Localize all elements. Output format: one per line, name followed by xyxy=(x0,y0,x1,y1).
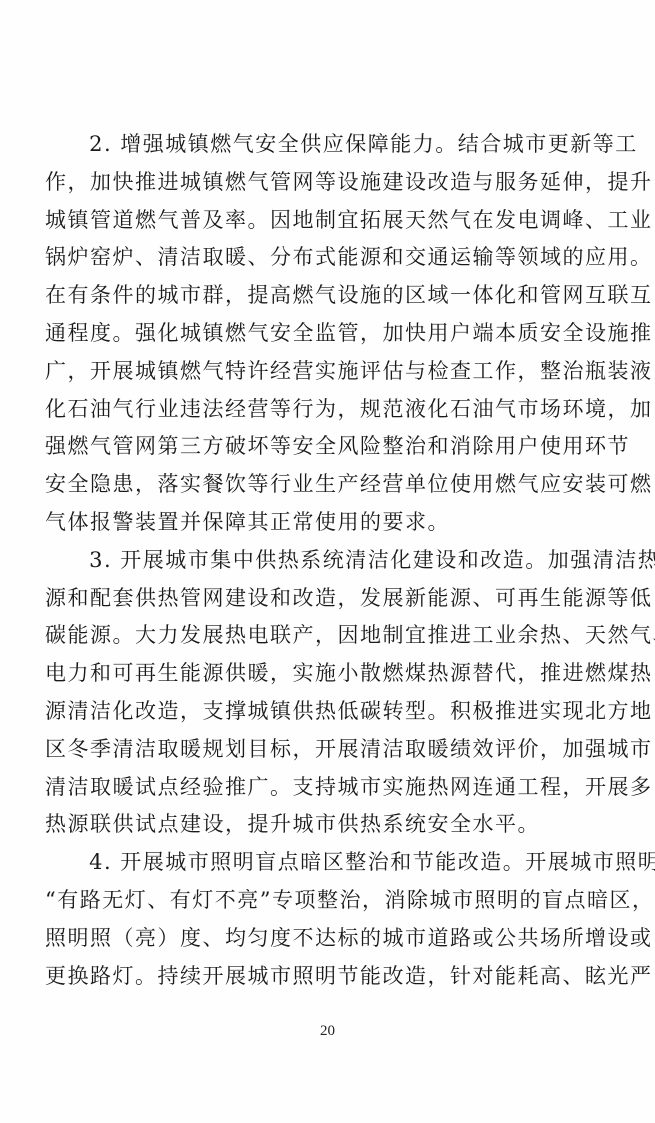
text-line: 作，加快推进城镇燃气管网等设施建设改造与服务延伸，提升 xyxy=(45,164,611,202)
text-line: 通程度。强化城镇燃气安全监管，加快用户端本质安全设施推 xyxy=(45,315,611,353)
text-line: 城镇管道燃气普及率。因地制宜拓展天然气在发电调峰、工业 xyxy=(45,202,611,240)
text-line: 区冬季清洁取暖规划目标，开展清洁取暖绩效评价，加强城市 xyxy=(45,731,611,769)
text-line: 在有条件的城市群，提高燃气设施的区域一体化和管网互联互 xyxy=(45,277,611,315)
text-line: 广，开展城镇燃气特许经营实施评估与检查工作，整治瓶装液 xyxy=(45,353,611,391)
document-body: 2. 增强城镇燃气安全供应保障能力。结合城市更新等工 作，加快推进城镇燃气管网等… xyxy=(45,126,611,995)
text-line: 清洁取暖试点经验推广。支持城市实施热网连通工程，开展多 xyxy=(45,769,611,807)
text-line: “有路无灯、有灯不亮”专项整治，消除城市照明的盲点暗区， xyxy=(45,882,611,920)
page-number: 20 xyxy=(0,1023,655,1040)
text-line: 3. 开展城市集中供热系统清洁化建设和改造。加强清洁热 xyxy=(45,542,611,580)
paragraph-city-lighting: 4. 开展城市照明盲点暗区整治和节能改造。开展城市照明 “有路无灯、有灯不亮”专… xyxy=(45,844,611,995)
text-line: 源清洁化改造，支撑城镇供热低碳转型。积极推进实现北方地 xyxy=(45,693,611,731)
text-line: 碳能源。大力发展热电联产，因地制宜推进工业余热、天然气、 xyxy=(45,617,611,655)
text-line: 安全隐患，落实餐饮等行业生产经营单位使用燃气应安装可燃 xyxy=(45,466,611,504)
text-line: 气体报警装置并保障其正常使用的要求。 xyxy=(45,504,611,542)
text-line: 2. 增强城镇燃气安全供应保障能力。结合城市更新等工 xyxy=(45,126,611,164)
text-line: 4. 开展城市照明盲点暗区整治和节能改造。开展城市照明 xyxy=(45,844,611,882)
text-line: 照明照（亮）度、均匀度不达标的城市道路或公共场所增设或 xyxy=(45,920,611,958)
text-line: 源和配套供热管网建设和改造，发展新能源、可再生能源等低 xyxy=(45,580,611,618)
text-line: 更换路灯。持续开展城市照明节能改造，针对能耗高、眩光严 xyxy=(45,958,611,996)
paragraph-central-heating: 3. 开展城市集中供热系统清洁化建设和改造。加强清洁热 源和配套供热管网建设和改… xyxy=(45,542,611,844)
text-line: 锅炉窑炉、清洁取暖、分布式能源和交通运输等领域的应用。 xyxy=(45,239,611,277)
text-line: 热源联供试点建设，提升城市供热系统安全水平。 xyxy=(45,806,611,844)
text-line: 强燃气管网第三方破坏等安全风险整治和消除用户使用环节 xyxy=(45,428,611,466)
text-line: 电力和可再生能源供暖，实施小散燃煤热源替代，推进燃煤热 xyxy=(45,655,611,693)
text-line: 化石油气行业违法经营等行为，规范液化石油气市场环境，加 xyxy=(45,391,611,429)
paragraph-gas-safety: 2. 增强城镇燃气安全供应保障能力。结合城市更新等工 作，加快推进城镇燃气管网等… xyxy=(45,126,611,542)
document-page: 2. 增强城镇燃气安全供应保障能力。结合城市更新等工 作，加快推进城镇燃气管网等… xyxy=(0,0,655,1123)
